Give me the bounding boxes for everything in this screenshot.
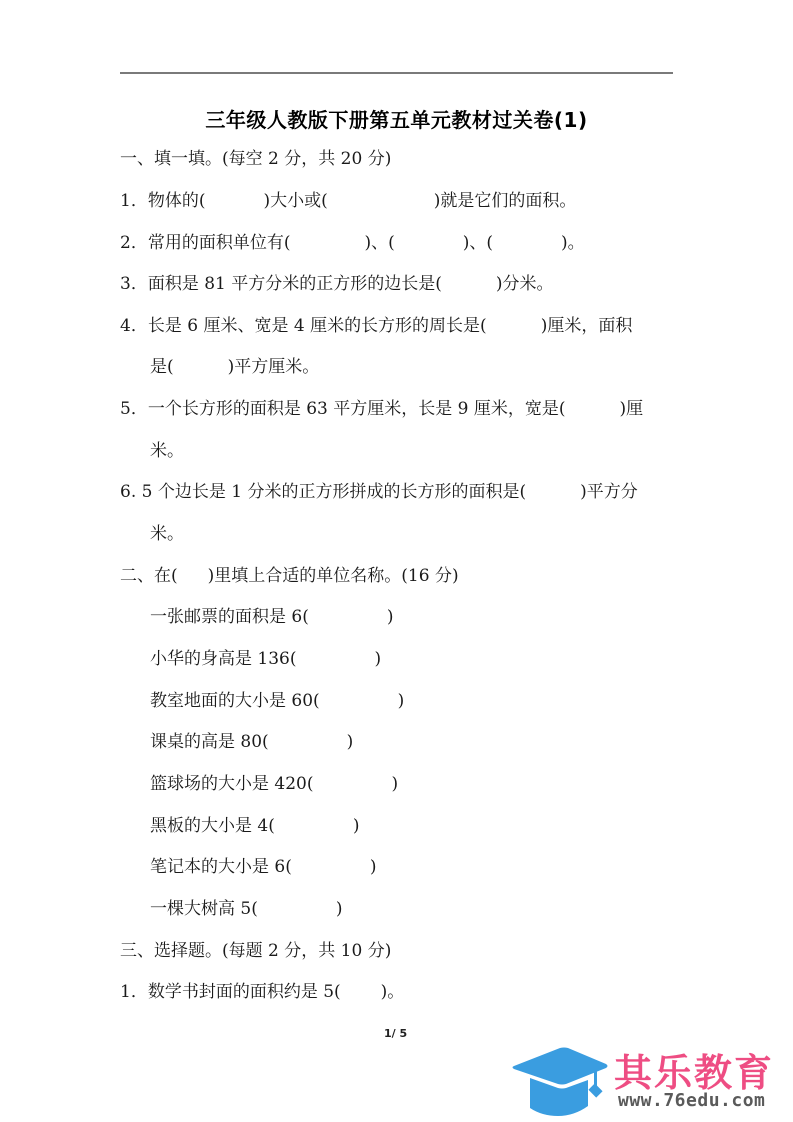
q-text: )厘米，面积 [541,316,633,336]
unit-item: 课桌的高是 80() [150,731,353,753]
page-number: 1/ 5 [384,1027,407,1040]
item-close: ) [370,857,377,877]
section3-heading: 三、选择题。(每题 2 分，共 10 分) [120,940,391,962]
q-text: )。 [381,982,405,1002]
graduation-cap-icon [510,1042,610,1118]
item-close: ) [336,899,343,919]
question-1-2: 2．常用的面积单位有()、()、()。 [120,232,585,254]
section1-heading: 一、填一填。(每空 2 分，共 20 分) [120,148,391,170]
question-1-3: 3．面积是 81 平方分米的正方形的边长是()分米。 [120,273,554,295]
q-text: 5．一个长方形的面积是 63 平方厘米，长是 9 厘米，宽是( [120,399,566,419]
item-text: 教室地面的大小是 60( [150,691,320,711]
q-text: )。 [561,233,585,253]
q-text: )平方厘米。 [228,357,320,377]
q-text: )大小或( [263,191,327,211]
watermark-logo: 其乐教育 www.76edu.com [510,1040,793,1120]
item-text: 笔记本的大小是 6( [150,857,292,877]
unit-item: 笔记本的大小是 6() [150,856,377,878]
item-close: ) [391,774,398,794]
q-text: 1．数学书封面的面积约是 5( [120,982,341,1002]
q-text: )、( [364,233,394,253]
question-1-5: 5．一个长方形的面积是 63 平方厘米，长是 9 厘米，宽是()厘 [120,398,643,420]
brand-url: www.76edu.com [618,1090,765,1111]
unit-item: 黑板的大小是 4() [150,815,360,837]
q-text: 3．面积是 81 平方分米的正方形的边长是( [120,274,442,294]
item-text: 课桌的高是 80( [150,732,269,752]
q-text: )、( [463,233,493,253]
unit-item: 小华的身高是 136() [150,648,381,670]
item-text: 一棵大树高 5( [150,899,258,919]
item-text: 黑板的大小是 4( [150,816,275,836]
q-text: )厘 [620,399,644,419]
q-text: )平方分 [580,482,638,502]
document-title: 三年级人教版下册第五单元教材过关卷(1) [0,104,793,133]
question-1-4: 4．长是 6 厘米、宽是 4 厘米的长方形的周长是()厘米，面积 [120,315,632,337]
q-text: )里填上合适的单位名称。(16 分) [208,566,459,586]
q-text: 4．长是 6 厘米、宽是 4 厘米的长方形的周长是( [120,316,487,336]
item-close: ) [353,816,360,836]
q-text: 是( [150,357,174,377]
question-1-1: 1．物体的()大小或()就是它们的面积。 [120,190,576,212]
question-3-1: 1．数学书封面的面积约是 5()。 [120,981,404,1003]
unit-item: 教室地面的大小是 60() [150,690,404,712]
section2-heading: 二、在()里填上合适的单位名称。(16 分) [120,565,459,587]
q-text: )分米。 [496,274,554,294]
unit-item: 篮球场的大小是 420() [150,773,398,795]
q-text: 6. 5 个边长是 1 分米的正方形拼成的长方形的面积是( [120,482,526,502]
q-text: 1．物体的( [120,191,205,211]
q-text: 2．常用的面积单位有( [120,233,290,253]
question-1-6: 6. 5 个边长是 1 分米的正方形拼成的长方形的面积是()平方分 [120,481,638,503]
question-1-4-cont: 是()平方厘米。 [150,356,319,378]
item-text: 篮球场的大小是 420( [150,774,313,794]
question-1-5-cont: 米。 [150,440,184,462]
header-rule [120,72,673,74]
item-close: ) [374,649,381,669]
item-close: ) [387,607,394,627]
q-text: )就是它们的面积。 [434,191,577,211]
item-close: ) [398,691,405,711]
brand-name: 其乐教育 [614,1042,774,1097]
question-1-6-cont: 米。 [150,523,184,545]
unit-item: 一张邮票的面积是 6() [150,606,394,628]
item-text: 一张邮票的面积是 6( [150,607,309,627]
unit-item: 一棵大树高 5() [150,898,343,920]
item-text: 小华的身高是 136( [150,649,296,669]
item-close: ) [347,732,354,752]
q-text: 二、在( [120,566,178,586]
